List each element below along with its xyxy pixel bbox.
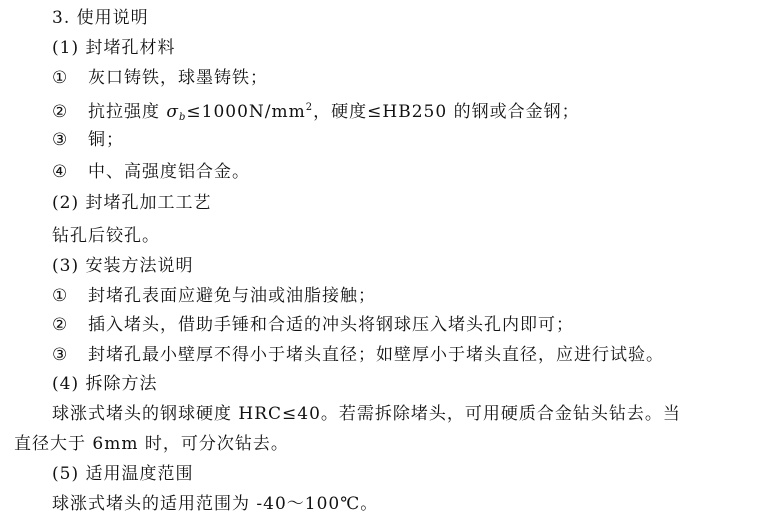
list-item-text: 封堵孔表面应避免与油或油脂接触； (88, 286, 376, 306)
list-item: ③封堵孔最小壁厚不得小于堵头直径；如壁厚小于堵头直径，应进行试验。 (52, 344, 664, 366)
section-title: 3. 使用说明 (52, 7, 149, 29)
sigma-symbol: σ (166, 102, 179, 122)
list-item-text-post: ，硬度≤HB250 的钢或合金钢； (313, 102, 579, 122)
list-item-text-mid: ≤1000N/mm (186, 102, 305, 122)
list-marker: ② (52, 314, 88, 336)
list-item-text: 中、高强度铝合金。 (88, 162, 250, 182)
list-marker: ① (52, 67, 88, 89)
paragraph-line: 球涨式堵头的钢球硬度 HRC≤40。若需拆除堵头，可用硬质合金钻头钻去。当 (52, 403, 681, 425)
list-item: ①封堵孔表面应避免与油或油脂接触； (52, 285, 376, 307)
list-item: ②插入堵头，借助手锤和合适的冲头将钢球压入堵头孔内即可； (52, 314, 574, 336)
list-item-text: 封堵孔最小壁厚不得小于堵头直径；如壁厚小于堵头直径，应进行试验。 (88, 345, 664, 365)
subsection-heading-removal: (4) 拆除方法 (52, 373, 157, 395)
list-item-text: 灰口铸铁，球墨铸铁； (88, 68, 268, 88)
subsection-heading-installation: (3) 安装方法说明 (52, 255, 193, 277)
list-marker: ④ (52, 161, 88, 183)
list-item: ③铜； (52, 129, 124, 151)
list-item: ④中、高强度铝合金。 (52, 161, 250, 183)
paragraph: 钻孔后铰孔。 (52, 225, 160, 247)
list-marker: ③ (52, 129, 88, 151)
subsection-heading-temperature: (5) 适用温度范围 (52, 463, 193, 485)
list-item-text-pre: 抗拉强度 (88, 102, 166, 122)
paragraph-line: 直径大于 6mm 时，可分次钻去。 (14, 433, 289, 455)
subsection-heading-materials: (1) 封堵孔材料 (52, 37, 175, 59)
list-item: ①灰口铸铁，球墨铸铁； (52, 67, 268, 89)
list-marker: ① (52, 285, 88, 307)
list-marker: ③ (52, 344, 88, 366)
list-item-text: 插入堵头，借助手锤和合适的冲头将钢球压入堵头孔内即可； (88, 315, 574, 335)
list-item-text: 铜； (88, 130, 124, 150)
paragraph: 球涨式堵头的适用范围为 -40～100℃。 (52, 493, 378, 515)
list-marker: ② (52, 101, 88, 123)
list-item: ②抗拉强度 σb≤1000N/mm2，硬度≤HB250 的钢或合金钢； (52, 97, 580, 129)
subsection-heading-machining: (2) 封堵孔加工工艺 (52, 192, 211, 214)
